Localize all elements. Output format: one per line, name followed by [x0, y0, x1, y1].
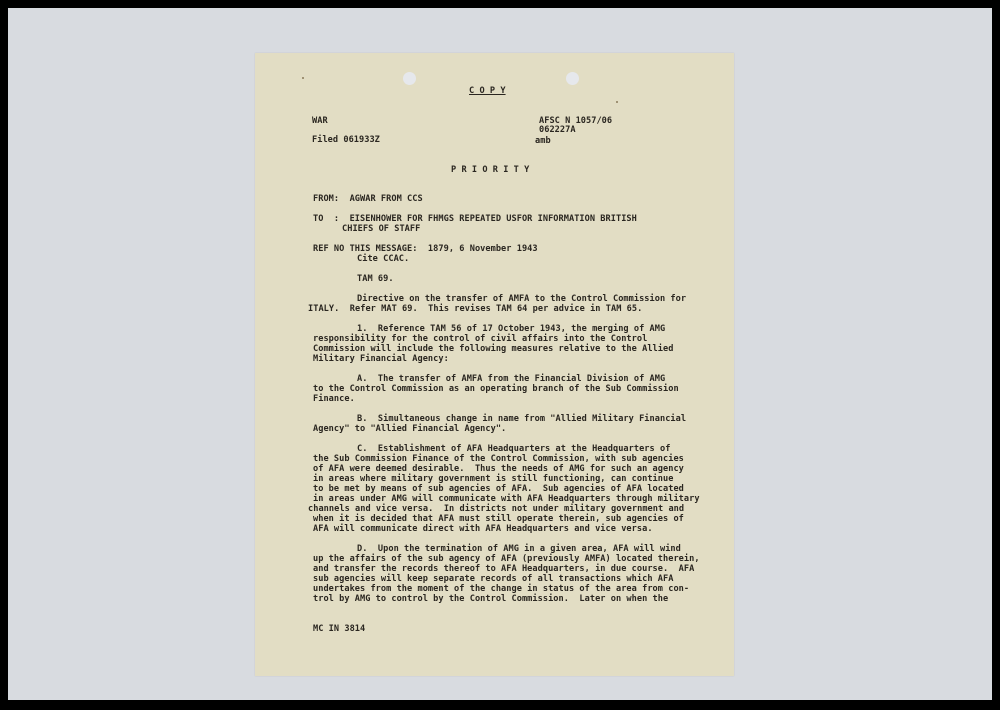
para1-line: 1. Reference TAM 56 of 17 October 1943, … — [357, 324, 665, 334]
ref-line: REF NO THIS MESSAGE: 1879, 6 November 19… — [313, 244, 538, 254]
paraC-line: channels and vice versa. In districts no… — [308, 504, 684, 514]
paraD-line: and transfer the records thereof to AFA … — [313, 564, 694, 574]
paraA-line: to the Control Commission as an operatin… — [313, 384, 679, 394]
to-line-1: TO : EISENHOWER FOR FHMGS REPEATED USFOR… — [313, 214, 637, 224]
paraC-line: when it is decided that AFA must still o… — [313, 514, 684, 524]
para1-line: responsibility for the control of civil … — [313, 334, 647, 344]
copy-heading: C O P Y — [469, 86, 506, 96]
tam-line: TAM 69. — [357, 274, 394, 284]
paraD-line: up the affairs of the sub agency of AFA … — [313, 554, 700, 564]
paraD-line: trol by AMG to control by the Control Co… — [313, 594, 668, 604]
paraA-line: A. The transfer of AMFA from the Financi… — [357, 374, 665, 384]
paraC-line: in areas where military government is st… — [313, 474, 673, 484]
to-line-2: CHIEFS OF STAFF — [342, 224, 420, 234]
header-right-line3: amb — [535, 136, 551, 146]
paraC-line: in areas under AMG will communicate with… — [313, 494, 700, 504]
paraB-line: B. Simultaneous change in name from "All… — [357, 414, 686, 424]
directive-line-1: Directive on the transfer of AMFA to the… — [357, 294, 686, 304]
paraD-line: sub agencies will keep separate records … — [313, 574, 673, 584]
header-left-line1: WAR — [312, 116, 328, 126]
footer-reference: MC IN 3814 — [313, 624, 365, 634]
directive-line-2: ITALY. Refer MAT 69. This revises TAM 64… — [308, 304, 642, 314]
from-line: FROM: AGWAR FROM CCS — [313, 194, 423, 204]
paraB-line: Agency" to "Allied Financial Agency". — [313, 424, 506, 434]
paraC-line: the Sub Commission Finance of the Contro… — [313, 454, 684, 464]
paraD-line: undertakes from the moment of the change… — [313, 584, 689, 594]
para1-line: Military Financial Agency: — [313, 354, 449, 364]
priority-heading: P R I O R I T Y — [451, 165, 529, 175]
document-page: C O P Y WAR Filed 061933Z AFSC N 1057/06… — [255, 53, 734, 676]
header-left-line2: Filed 061933Z — [312, 135, 380, 145]
paraA-line: Finance. — [313, 394, 355, 404]
para1-line: Commission will include the following me… — [313, 344, 673, 354]
paraC-line: C. Establishment of AFA Headquarters at … — [357, 444, 670, 454]
paraD-line: D. Upon the termination of AMG in a give… — [357, 544, 681, 554]
paraC-line: of AFA were deemed desirable. Thus the n… — [313, 464, 684, 474]
paper-speck — [302, 77, 304, 79]
header-right-line2: 062227A — [539, 125, 576, 135]
paraC-line: AFA will communicate direct with AFA Hea… — [313, 524, 653, 534]
punch-hole — [403, 72, 416, 85]
cite-line: Cite CCAC. — [357, 254, 409, 264]
punch-hole — [566, 72, 579, 85]
paraC-line: to be met by means of sub agencies of AF… — [313, 484, 684, 494]
paper-speck — [616, 101, 618, 103]
